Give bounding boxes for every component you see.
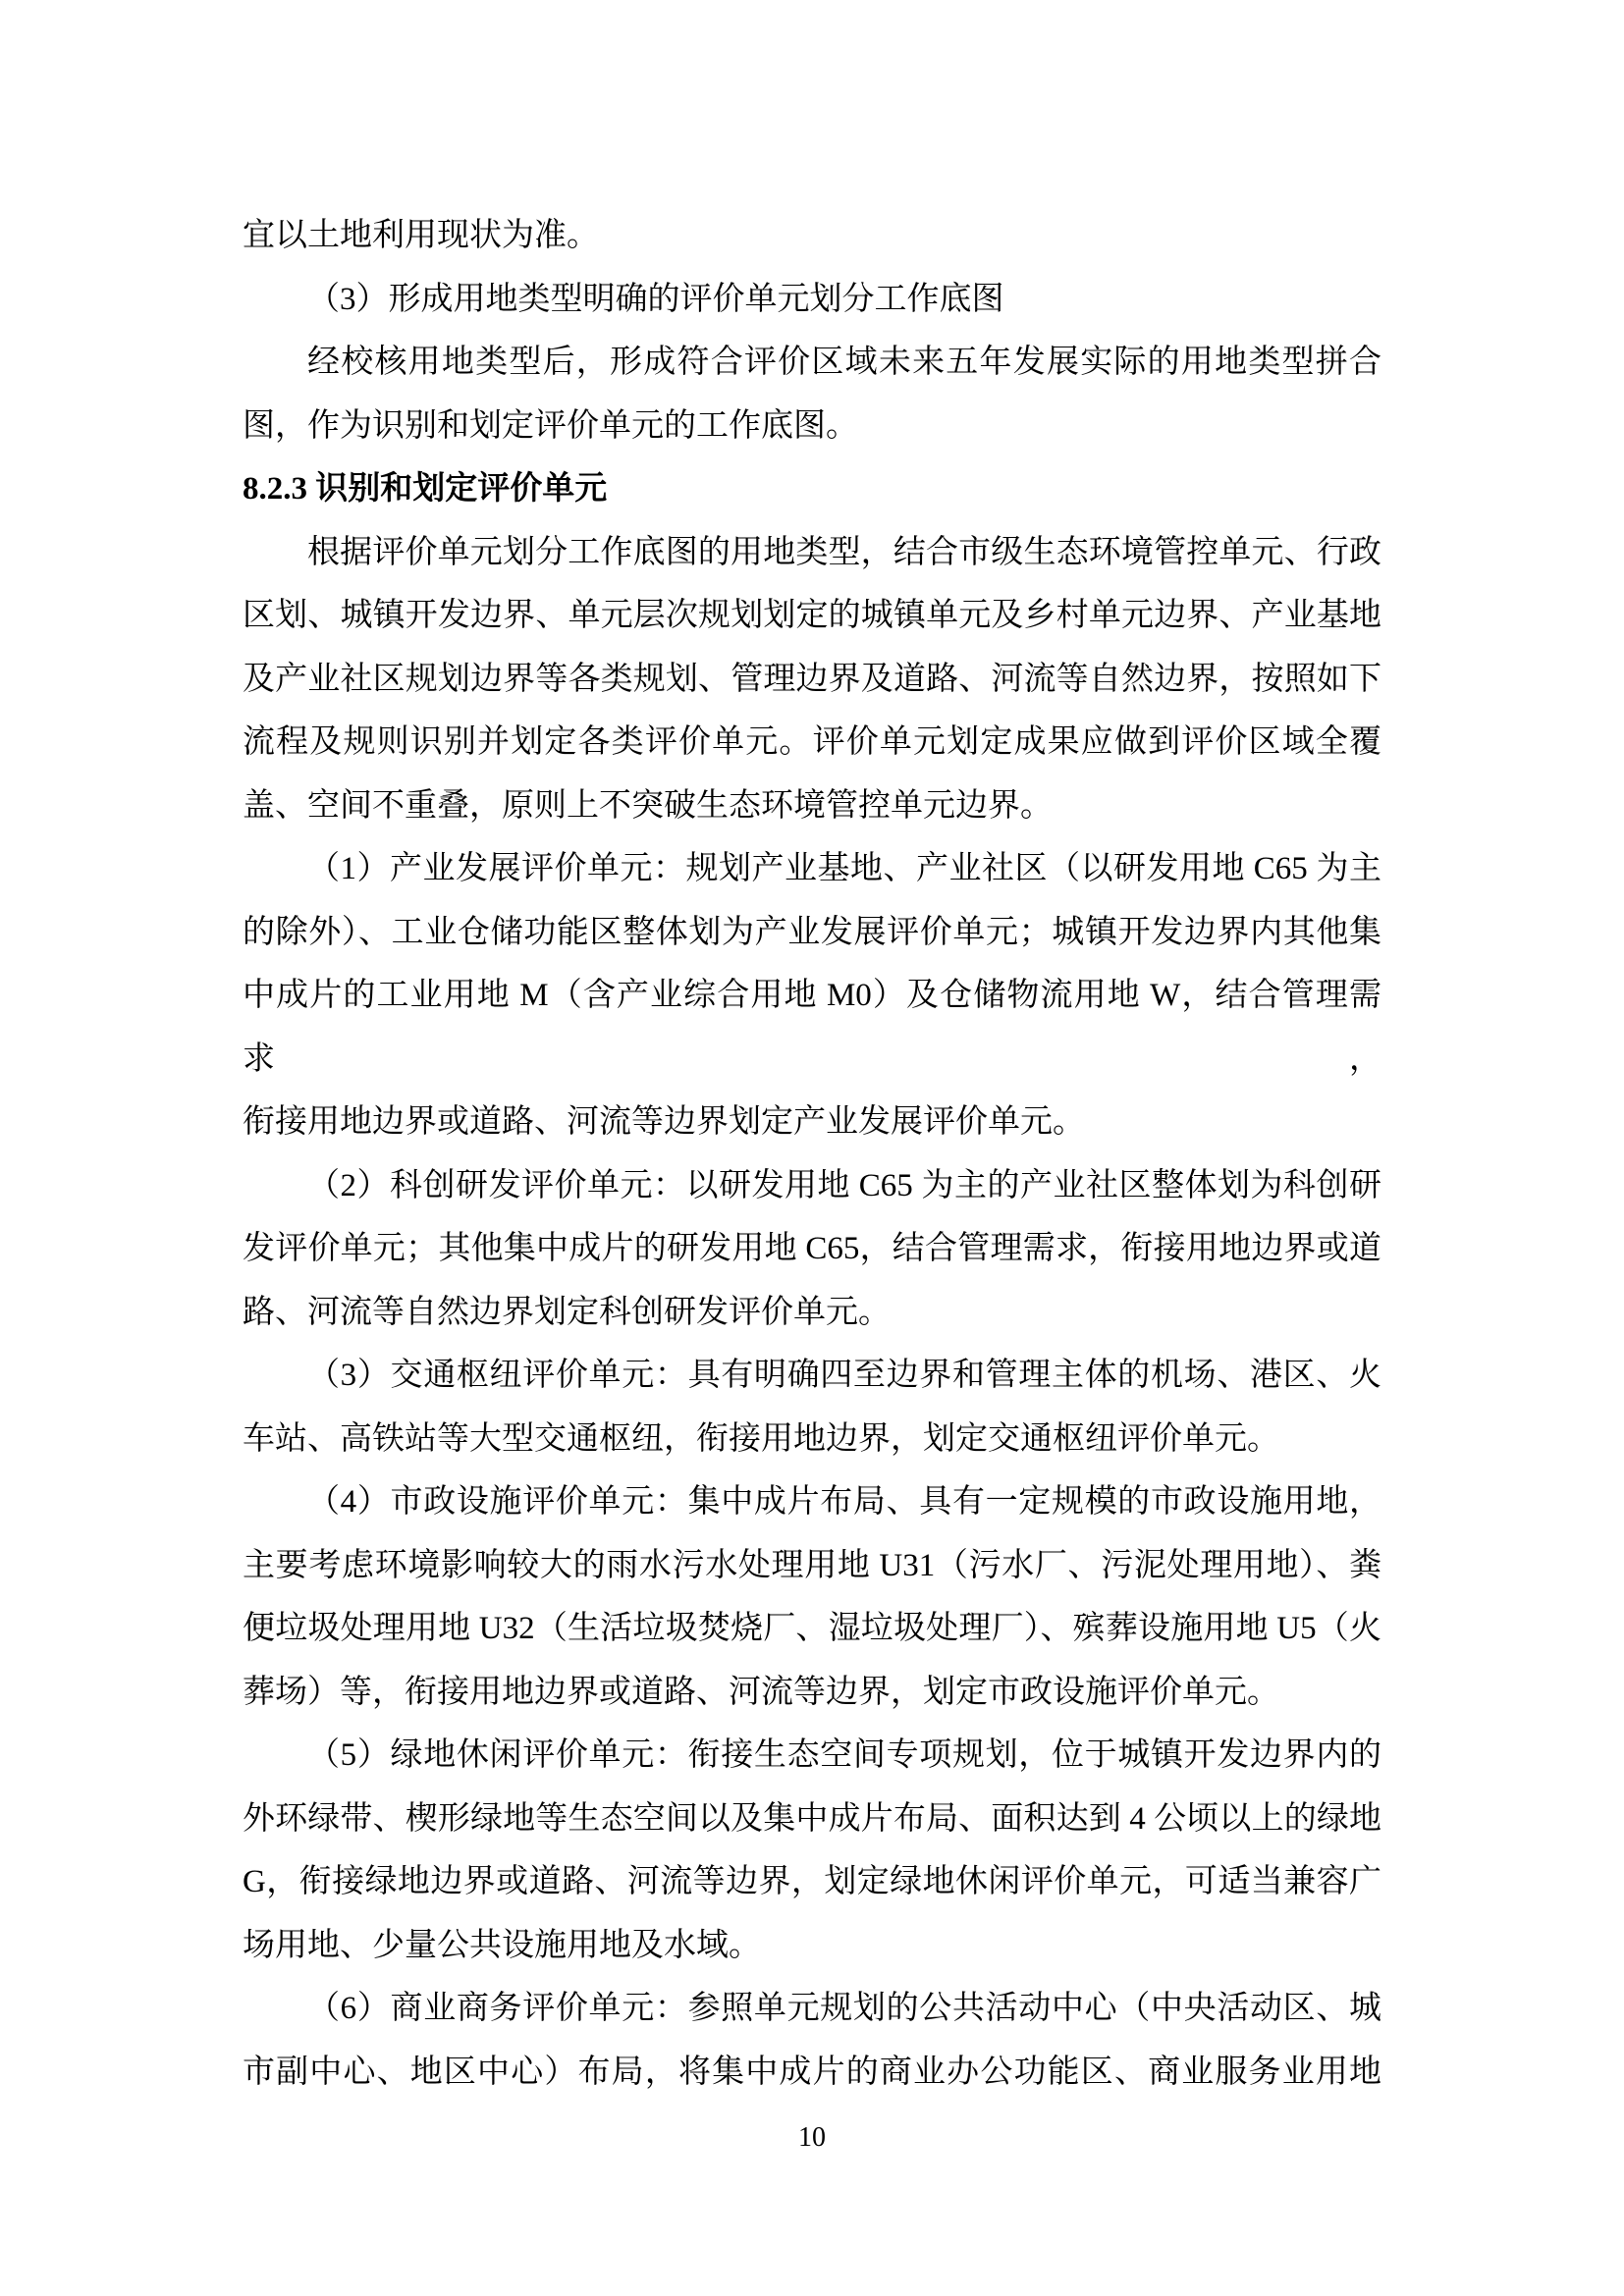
text-line: （3）形成用地类型明确的评价单元划分工作底图 — [243, 268, 1381, 332]
text-line: 外环绿带、楔形绿地等生态空间以及集中成片布局、面积达到 4 公顷以上的绿地 — [243, 1788, 1381, 1851]
text-line: 流程及规则识别并划定各类评价单元。评价单元划定成果应做到评价区域全覆 — [243, 711, 1381, 774]
document-body: 宜以土地利用现状为准。 （3）形成用地类型明确的评价单元划分工作底图 经校核用地… — [243, 204, 1381, 2104]
paragraph: 经校核用地类型后，形成符合评价区域未来五年发展实际的用地类型拼合 图，作为识别和… — [243, 331, 1381, 457]
section-heading-text: 8.2.3 识别和划定评价单元 — [243, 457, 1381, 521]
paragraph: （2）科创研发评价单元：以研发用地 C65 为主的产业社区整体划为科创研 发评价… — [243, 1154, 1381, 1345]
text-line: 场用地、少量公共设施用地及水域。 — [243, 1914, 1381, 1978]
text-line: 便垃圾处理用地 U32（生活垃圾焚烧厂、湿垃圾处理厂）、殡葬设施用地 U5（火 — [243, 1597, 1381, 1661]
text-line: （6）商业商务评价单元：参照单元规划的公共活动中心（中央活动区、城 — [243, 1977, 1381, 2041]
text-line: 及产业社区规划边界等各类规划、管理边界及道路、河流等自然边界，按照如下 — [243, 648, 1381, 712]
text-line: （3）交通枢纽评价单元：具有明确四至边界和管理主体的机场、港区、火 — [243, 1344, 1381, 1408]
text-line: 市副中心、地区中心）布局，将集中成片的商业办公功能区、商业服务业用地 — [243, 2041, 1381, 2105]
paragraph: 宜以土地利用现状为准。 — [243, 204, 1381, 268]
page-footer: 10 — [0, 2118, 1624, 2158]
paragraph: （5）绿地休闲评价单元：衔接生态空间专项规划，位于城镇开发边界内的 外环绿带、楔… — [243, 1724, 1381, 1977]
text-line: （4）市政设施评价单元：集中成片布局、具有一定规模的市政设施用地， — [243, 1470, 1381, 1534]
text-line: （2）科创研发评价单元：以研发用地 C65 为主的产业社区整体划为科创研 — [243, 1154, 1381, 1218]
text-line: （5）绿地休闲评价单元：衔接生态空间专项规划，位于城镇开发边界内的 — [243, 1724, 1381, 1788]
paragraph: （4）市政设施评价单元：集中成片布局、具有一定规模的市政设施用地， 主要考虑环境… — [243, 1470, 1381, 1724]
text-line: 根据评价单元划分工作底图的用地类型，结合市级生态环境管控单元、行政 — [243, 521, 1381, 585]
text-line: 宜以土地利用现状为准。 — [243, 204, 1381, 268]
text-line: 盖、空间不重叠，原则上不突破生态环境管控单元边界。 — [243, 774, 1381, 838]
text-line: 的除外）、工业仓储功能区整体划为产业发展评价单元；城镇开发边界内其他集 — [243, 901, 1381, 965]
text-line: （1）产业发展评价单元：规划产业基地、产业社区（以研发用地 C65 为主 — [243, 837, 1381, 901]
text-line: 图，作为识别和划定评价单元的工作底图。 — [243, 395, 1381, 458]
paragraph: （3）交通枢纽评价单元：具有明确四至边界和管理主体的机场、港区、火 车站、高铁站… — [243, 1344, 1381, 1470]
document-page: 宜以土地利用现状为准。 （3）形成用地类型明确的评价单元划分工作底图 经校核用地… — [0, 0, 1624, 2296]
text-line: 衔接用地边界或道路、河流等边界划定产业发展评价单元。 — [243, 1091, 1381, 1154]
text-line: 葬场）等，衔接用地边界或道路、河流等边界，划定市政设施评价单元。 — [243, 1661, 1381, 1725]
text-line: G，衔接绿地边界或道路、河流等边界，划定绿地休闲评价单元，可适当兼容广 — [243, 1850, 1381, 1914]
text-line: 路、河流等自然边界划定科创研发评价单元。 — [243, 1281, 1381, 1345]
text-line: 区划、城镇开发边界、单元层次规划划定的城镇单元及乡村单元边界、产业基地 — [243, 584, 1381, 648]
text-line: 发评价单元；其他集中成片的研发用地 C65，结合管理需求，衔接用地边界或道 — [243, 1217, 1381, 1281]
paragraph: （1）产业发展评价单元：规划产业基地、产业社区（以研发用地 C65 为主 的除外… — [243, 837, 1381, 1154]
page-number: 10 — [798, 2122, 826, 2153]
text-line: 车站、高铁站等大型交通枢纽，衔接用地边界，划定交通枢纽评价单元。 — [243, 1408, 1381, 1471]
paragraph: （6）商业商务评价单元：参照单元规划的公共活动中心（中央活动区、城 市副中心、地… — [243, 1977, 1381, 2104]
text-line: 经校核用地类型后，形成符合评价区域未来五年发展实际的用地类型拼合 — [243, 331, 1381, 395]
paragraph: 根据评价单元划分工作底图的用地类型，结合市级生态环境管控单元、行政 区划、城镇开… — [243, 521, 1381, 838]
paragraph: （3）形成用地类型明确的评价单元划分工作底图 — [243, 268, 1381, 332]
section-heading: 8.2.3 识别和划定评价单元 — [243, 457, 1381, 521]
text-line: 主要考虑环境影响较大的雨水污水处理用地 U31（污水厂、污泥处理用地）、粪 — [243, 1534, 1381, 1598]
text-line: 中成片的工业用地 M（含产业综合用地 M0）及仓储物流用地 W，结合管理需求， — [243, 964, 1381, 1091]
